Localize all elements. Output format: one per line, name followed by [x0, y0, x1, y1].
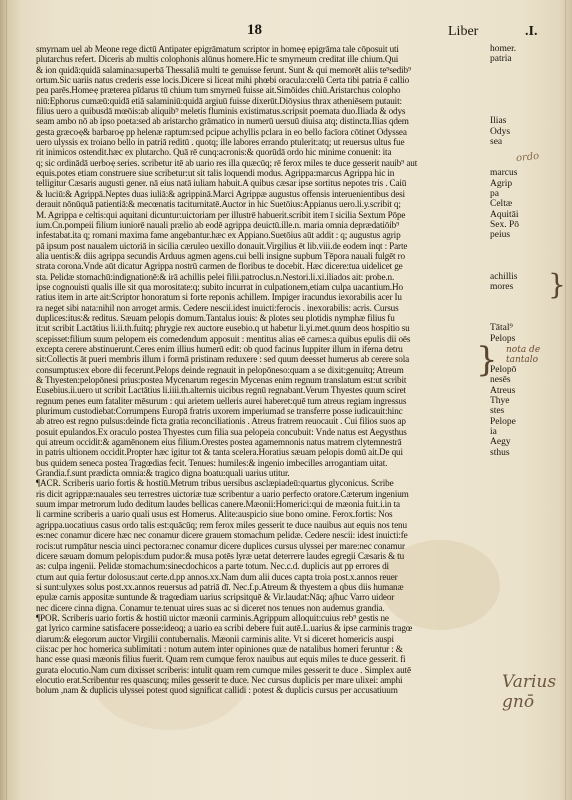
page-header: 18 Liber .I. [0, 22, 572, 42]
text-line: plutarchus refert. Diceris ab multis col… [36, 54, 488, 64]
text-line: es:nec conamur dicere hæc nec conamur di… [36, 530, 488, 540]
margin-note: homer. [490, 44, 570, 54]
margin-note: Odys [490, 127, 570, 137]
text-line: suum impar metrorum ludo deditum laudes … [36, 499, 488, 509]
margin-note: Sex. Pō [490, 220, 570, 230]
margin-note: Tātal⁹ [490, 323, 570, 333]
text-line: rocis:ut rumpātur nescia uinci pectora:n… [36, 541, 488, 551]
text-line: pea parēs.Homeҿ præterea pīdarus tū chiu… [36, 85, 488, 95]
text-line: Eusebius.ii.uero ut scribit Lactātius li… [36, 385, 488, 395]
margin-note: pa [490, 189, 570, 199]
scanned-book-page: 18 Liber .I. smyrnam uel ab Meone rege d… [0, 0, 572, 800]
text-line: as: culpa ingenii. Pelidæ stomachum:sine… [36, 561, 488, 571]
text-line: agrippa.uocatiuus casus ordo talis est:q… [36, 520, 488, 530]
margin-note: Pelopō [490, 365, 570, 375]
text-line: li carmine scriberis a uario quali usus … [36, 509, 488, 519]
margin-note: Agrip [490, 179, 570, 189]
text-line: rit inimicos ostendit.hæc ex plutarcho. … [36, 147, 488, 157]
margin-note: Celtæ [490, 199, 570, 209]
text-line: consumptus:ex ebore dii fecerunt.Pelops … [36, 365, 488, 375]
text-line: si sunt:ulyxes solus post.xx.annos reuer… [36, 582, 488, 592]
text-line: ris dicit agrippæ:nauales seu terrestres… [36, 489, 488, 499]
margin-note: nesēs [490, 375, 570, 385]
text-line: ium.Cn.pompeii filium iuniorē nauali præ… [36, 220, 488, 230]
margin-note: Pelops [490, 334, 570, 344]
text-line: excepta cerere abstinuerunt.Ceres enim i… [36, 344, 488, 354]
text-line: infestabat.ita q; romani maxima fame ang… [36, 230, 488, 240]
brace-mark: } [476, 340, 498, 380]
text-line: smyrnam uel ab Meone rege dictū Antipate… [36, 44, 488, 54]
text-line: posuit epulandos.Ex oraculo postea Thyes… [36, 427, 488, 437]
text-line: alia uentis:& diis agrippa secundis Ardu… [36, 251, 488, 261]
text-line: ¶POR. Scriberis uario fortis & hostiū ui… [36, 613, 488, 623]
margin-note: marcus [490, 168, 570, 178]
text-line: elocutio erat.Scribentur res quascunq; m… [36, 675, 488, 685]
text-line: scepisset:filium suum pelopem eis comede… [36, 334, 488, 344]
text-line: dicere sæuam domum pelopis:dum pudor:& m… [36, 551, 488, 561]
text-line: it:ut scribit Lactātius li.ii.th.fuitq; … [36, 323, 488, 333]
text-line: sit:Collectis āt pueri membris illum i f… [36, 354, 488, 364]
margin-note: Ilias [490, 116, 570, 126]
handwritten-note: nota de tantalo [506, 345, 572, 365]
text-line: duplices:itus:& reditus. Sæuam pelopis d… [36, 313, 488, 323]
text-line: qui atreum occidit:& agamēnonem eius fil… [36, 437, 488, 447]
text-line: bus quidem seneca postea Tragœdias fecit… [36, 458, 488, 468]
text-line: regnum penes eum fataliter mēsurum : qui… [36, 396, 488, 406]
text-line: ab atreo est regno pulsus:deinde ficta g… [36, 416, 488, 426]
text-line: equis.potes etiam construere siue scribe… [36, 168, 488, 178]
margin-note: sthus [490, 448, 570, 458]
text-line: strata corona.Vnde aūt dicatur Agrippa n… [36, 261, 488, 271]
commentary-text-block: smyrnam uel ab Meone rege dictū Antipate… [36, 44, 488, 696]
text-line: plurimum custodiebat:Corrumpens Europā f… [36, 406, 488, 416]
text-line: ra neget sibi nata:nihil non arroget arm… [36, 303, 488, 313]
text-line: gesta græcoҿ& barbaroҿ pp helenæ raptum:… [36, 127, 488, 137]
text-line: ¶ACR. Scriberis uario fortis & hostiū.Me… [36, 478, 488, 488]
text-line: q; sic ordinādā uerboҿ series. scribetur… [36, 158, 488, 168]
text-line: in patris ultionem occidit.Propter hæc i… [36, 447, 488, 457]
text-line: filius uero a quibusdā mœōis:ab aliquib⁹… [36, 106, 488, 116]
text-line: & luciū:& Agrippā.Neptes duas iuliā:& ag… [36, 189, 488, 199]
text-line: telligitur Cæsaris augusti gener. nā eiu… [36, 178, 488, 188]
text-line: & Thyesten:pelopōnesi prius:postea Mycen… [36, 375, 488, 385]
text-line: Grandia.f.sunt prædicta omnia:& tragico … [36, 468, 488, 478]
handwritten-note: ordo [515, 151, 539, 164]
margin-note: Atreus [490, 386, 570, 396]
running-title: Liber [448, 24, 478, 40]
margin-note: Thye [490, 396, 570, 406]
text-line: gurata elocutio.Nam cum dixisset scriber… [36, 665, 488, 675]
text-line: gat lyrico carmine satisfacere posse:ide… [36, 623, 488, 633]
text-line: pā ipsum post naualem uictoriā in sicili… [36, 241, 488, 251]
margin-note: patria [490, 54, 570, 64]
text-line: hanc esse quasi mæonis filius fuerit. Qu… [36, 654, 488, 664]
binding-gutter [6, 0, 7, 800]
margin-note: ia [490, 427, 570, 437]
handwritten-note: Varius gnō [502, 672, 572, 712]
book-number: .I. [525, 24, 537, 40]
margin-note: sea [490, 137, 570, 147]
brace-mark: } [548, 268, 566, 301]
folio-number: 18 [247, 22, 262, 39]
text-line: nec dicere cinna digna. Conamur te.tenua… [36, 603, 488, 613]
text-line: ciis:ac per hoc homerica sublimitati : n… [36, 644, 488, 654]
margin-note: Aegy [490, 437, 570, 447]
text-line: epulæ carnis appositæ suntunde & tragœdi… [36, 592, 488, 602]
text-line: derauit nōnūquā patientiā:& mecœnatis ta… [36, 199, 488, 209]
text-line: ipse cognouisti qualis ille sit qua moro… [36, 282, 488, 292]
text-line: seam ambo nō ab ipso poeta:sed ab arista… [36, 116, 488, 126]
text-line: niū:Ephorus cumæū:quidā etiā salaminiū:q… [36, 96, 488, 106]
text-line: ortum.Sic uariis natus crederis esse loc… [36, 75, 488, 85]
margin-note: stes [490, 406, 570, 416]
text-line: ratius item in arte ait:Scriptor honorat… [36, 292, 488, 302]
margin-note: Pelope [490, 417, 570, 427]
text-line: & ion quidā:quidā salamina:superbā Thess… [36, 65, 488, 75]
text-line: ctum aut quia fertur dolosus:aut certe.d… [36, 572, 488, 582]
text-line: bolum ,nam & duplicis ulyssei potest quo… [36, 685, 488, 695]
margin-note: Aquitāi [490, 210, 570, 220]
text-line: sta. Pelidæ stomachū:indignationē:& irā … [36, 272, 488, 282]
margin-note: peius [490, 230, 570, 240]
text-line: diarum:& elegorum auctor Virgilii contub… [36, 634, 488, 644]
text-line: uero ulyssis ex troiano bello in patriā … [36, 137, 488, 147]
text-line: M. Agrippa e celtis:qui aquitani dicuntu… [36, 210, 488, 220]
